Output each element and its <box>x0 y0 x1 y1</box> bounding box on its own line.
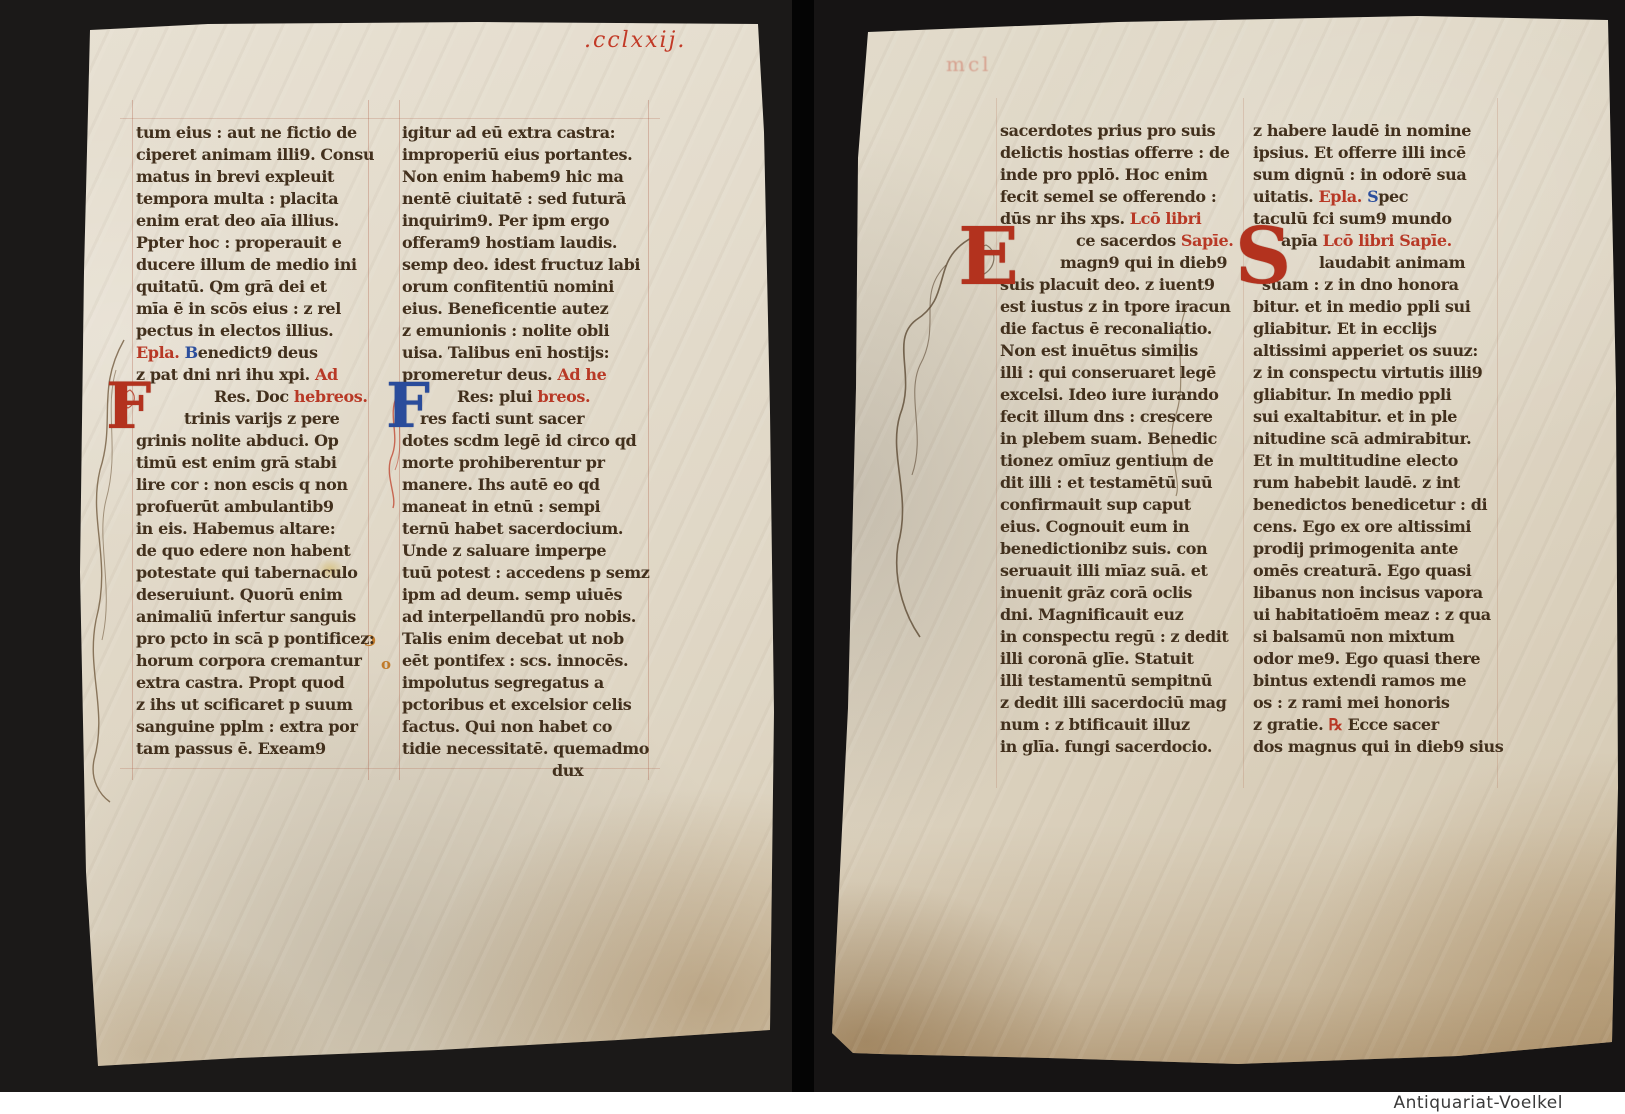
text-column-verso-a: Ftum eius : aut ne fictio deciperet anim… <box>136 122 372 760</box>
manuscript-line: uisa. Talibus enī hostijs: <box>402 342 648 364</box>
illuminated-initial: F <box>106 380 151 434</box>
manuscript-photo: .cclxxij. mcl Ɔ o Ftum eius : aut ne fic… <box>0 0 1625 1114</box>
manuscript-line: eēt pontifex : scs. innocēs. <box>402 650 648 672</box>
manuscript-line: maneat in etnū : sempi <box>402 496 648 518</box>
manuscript-line: dūs nr ihs xps. Lcō libri <box>1000 208 1240 230</box>
manuscript-line: inuenit grāz corā oclis <box>1000 582 1240 604</box>
ruling-line <box>648 100 649 780</box>
manuscript-line: Res: plui breos. <box>402 386 648 408</box>
manuscript-line: nentē ciuitatē : sed futurā <box>402 188 648 210</box>
manuscript-line: si balsamū non mixtum <box>1253 626 1493 648</box>
watermark-text: Antiquariat-Voelkel <box>1393 1093 1563 1113</box>
manuscript-line: timū est enim grā stabi <box>136 452 372 474</box>
manuscript-line: z gratie. ℞ Ecce sacer <box>1253 714 1493 736</box>
illuminated-initial: S <box>1235 224 1291 290</box>
manuscript-line: horum corpora cremantur <box>136 650 372 672</box>
manuscript-line: trinis varijs z pere <box>136 408 372 430</box>
manuscript-line: offeram9 hostiam laudis. <box>402 232 648 254</box>
manuscript-line: fecit illum dns : crescere <box>1000 406 1240 428</box>
text-column-recto-a: Esacerdotes prius pro suisdelictis hosti… <box>1000 120 1240 758</box>
manuscript-line: est iustus z in tpore iracun <box>1000 296 1240 318</box>
manuscript-line: ducere illum de medio ini <box>136 254 372 276</box>
manuscript-line: benedictos benedicetur : di <box>1253 494 1493 516</box>
manuscript-line: in conspectu regū : z dedit <box>1000 626 1240 648</box>
manuscript-line: de quo edere non habent <box>136 540 372 562</box>
ruling-line <box>120 118 660 119</box>
manuscript-line: sacerdotes prius pro suis <box>1000 120 1240 142</box>
illuminated-initial: F <box>386 380 430 433</box>
manuscript-line: improperiū eius portantes. <box>402 144 648 166</box>
manuscript-line: odor me9. Ego quasi there <box>1253 648 1493 670</box>
manuscript-line: dux <box>402 760 648 782</box>
manuscript-line: sui exaltabitur. et in ple <box>1253 406 1493 428</box>
manuscript-line: Unde z saluare imperpe <box>402 540 648 562</box>
manuscript-line: deseruiunt. Quorū enim <box>136 584 372 606</box>
manuscript-line: eius. Beneficentie autez <box>402 298 648 320</box>
manuscript-line: seruauit illi mīaz suā. et <box>1000 560 1240 582</box>
manuscript-line: grinis nolite abduci. Op <box>136 430 372 452</box>
manuscript-line: tum eius : aut ne fictio de <box>136 122 372 144</box>
ruling-line <box>1243 98 1244 788</box>
manuscript-line: altissimi apperiet os suuz: <box>1253 340 1493 362</box>
manuscript-line: Non enim habem9 hic ma <box>402 166 648 188</box>
manuscript-line: factus. Qui non habet co <box>402 716 648 738</box>
manuscript-line: nitudine scā admirabitur. <box>1253 428 1493 450</box>
manuscript-line: Et in multitudine electo <box>1253 450 1493 472</box>
manuscript-line: animaliū infertur sanguis <box>136 606 372 628</box>
manuscript-line: ad interpellandū pro nobis. <box>402 606 648 628</box>
watermark-bar: Antiquariat-Voelkel <box>0 1092 1625 1114</box>
manuscript-line: confirmauit sup caput <box>1000 494 1240 516</box>
manuscript-line: inquirim9. Per ipm ergo <box>402 210 648 232</box>
manuscript-line: ciperet animam illi9. Consu <box>136 144 372 166</box>
manuscript-line: ipm ad deum. semp uiuēs <box>402 584 648 606</box>
manuscript-line: pro pcto in scā p pontificez: <box>136 628 372 650</box>
manuscript-line: Epla. Benedict9 deus <box>136 342 372 364</box>
manuscript-line: z dedit illi sacerdociū mag <box>1000 692 1240 714</box>
manuscript-line: eius. Cognouit eum in <box>1000 516 1240 538</box>
manuscript-line: mīa ē in scōs eius : z rel <box>136 298 372 320</box>
manuscript-line: gliabitur. In medio ppli <box>1253 384 1493 406</box>
manuscript-line: suis placuit deo. z iuent9 <box>1000 274 1240 296</box>
manuscript-line: fecit semel se offerendo : <box>1000 186 1240 208</box>
manuscript-line: bintus extendi ramos me <box>1253 670 1493 692</box>
manuscript-line: num : z btificauit illuz <box>1000 714 1240 736</box>
manuscript-line: Non est inuētus similis <box>1000 340 1240 362</box>
manuscript-line: in plebem suam. Benedic <box>1000 428 1240 450</box>
manuscript-line: os : z rami mei honoris <box>1253 692 1493 714</box>
manuscript-line: tempora multa : placita <box>136 188 372 210</box>
ruling-line <box>996 98 997 788</box>
manuscript-line: omēs creaturā. Ego quasi <box>1253 560 1493 582</box>
manuscript-line: sum dignū : in odorē sua <box>1253 164 1493 186</box>
manuscript-line: dit illi : et testamētū suū <box>1000 472 1240 494</box>
manuscript-line: promeretur deus. Ad he <box>402 364 648 386</box>
manuscript-line: quitatū. Qm grā dei et <box>136 276 372 298</box>
manuscript-line: tidie necessitatē. quemadmo <box>402 738 648 760</box>
manuscript-line: manere. Ihs autē eo qd <box>402 474 648 496</box>
manuscript-line: Ppter hoc : properauit e <box>136 232 372 254</box>
manuscript-line: impolutus segregatus a <box>402 672 648 694</box>
manuscript-line: igitur ad eū extra castra: <box>402 122 648 144</box>
manuscript-line: ipsius. Et offerre illi incē <box>1253 142 1493 164</box>
manuscript-line: tam passus ē. Exeam9 <box>136 738 372 760</box>
manuscript-line: gliabitur. Et in ecclijs <box>1253 318 1493 340</box>
manuscript-line: potestate qui tabernaculo <box>136 562 372 584</box>
manuscript-line: orum confitentiū nomini <box>402 276 648 298</box>
illuminated-initial: E <box>958 222 1019 290</box>
manuscript-line: res facti sunt sacer <box>402 408 648 430</box>
manuscript-line: rum habebit laudē. z int <box>1253 472 1493 494</box>
ruling-line <box>1497 98 1498 788</box>
folio-number: .cclxxij. <box>584 28 686 53</box>
manuscript-line: ui habitatioēm meaz : z qua <box>1253 604 1493 626</box>
manuscript-line: z ihs ut scificaret p suum <box>136 694 372 716</box>
manuscript-line: in glīa. fungi sacerdocio. <box>1000 736 1240 758</box>
manuscript-line: inde pro pplō. Hoc enim <box>1000 164 1240 186</box>
manuscript-line: illi testamentū sempitnū <box>1000 670 1240 692</box>
manuscript-line: profuerūt ambulantib9 <box>136 496 372 518</box>
manuscript-line: matus in brevi expleuit <box>136 166 372 188</box>
manuscript-line: tuū potest : accedens p semz <box>402 562 648 584</box>
manuscript-line: libanus non incisus vapora <box>1253 582 1493 604</box>
manuscript-line: z emunionis : nolite obli <box>402 320 648 342</box>
manuscript-line: dotes scdm legē id circo qd <box>402 430 648 452</box>
photo-divider <box>792 0 814 1092</box>
manuscript-line: pctoribus et excelsior celis <box>402 694 648 716</box>
manuscript-line: extra castra. Propt quod <box>136 672 372 694</box>
manuscript-line: pectus in electos illius. <box>136 320 372 342</box>
manuscript-line: z pat dni nri ihu xpi. Ad <box>136 364 372 386</box>
manuscript-line: Talis enim decebat ut nob <box>402 628 648 650</box>
manuscript-line: benedictionibz suis. con <box>1000 538 1240 560</box>
manuscript-line: cens. Ego ex ore altissimi <box>1253 516 1493 538</box>
text-column-recto-b: Sz habere laudē in nomineipsius. Et offe… <box>1253 120 1493 758</box>
manuscript-line: die factus ē reconaliatio. <box>1000 318 1240 340</box>
manuscript-line: morte prohiberentur pr <box>402 452 648 474</box>
manuscript-line: ternū habet sacerdocium. <box>402 518 648 540</box>
manuscript-line: Res. Doc hebreos. <box>136 386 372 408</box>
manuscript-line: prodij primogenita ante <box>1253 538 1493 560</box>
manuscript-line: illi : qui conseruaret legē <box>1000 362 1240 384</box>
manuscript-line: z habere laudē in nomine <box>1253 120 1493 142</box>
manuscript-line: tionez omīuz gentium de <box>1000 450 1240 472</box>
manuscript-line: delictis hostias offerre : de <box>1000 142 1240 164</box>
manuscript-line: sanguine pplm : extra por <box>136 716 372 738</box>
manuscript-line: uitatis. Epla. Spec <box>1253 186 1493 208</box>
manuscript-line: illi coronā glīe. Statuit <box>1000 648 1240 670</box>
manuscript-line: semp deo. idest fructuz labi <box>402 254 648 276</box>
manuscript-line: enim erat deo aīa illius. <box>136 210 372 232</box>
manuscript-line: z in conspectu virtutis illi9 <box>1253 362 1493 384</box>
manuscript-line: magn9 qui in dieb9 <box>1000 252 1240 274</box>
manuscript-line: dos magnus qui in dieb9 sius <box>1253 736 1493 758</box>
text-column-verso-b: Figitur ad eū extra castra:improperiū ei… <box>402 122 648 782</box>
manuscript-line: lire cor : non escis q non <box>136 474 372 496</box>
manuscript-line: dni. Magnificauit euz <box>1000 604 1240 626</box>
manuscript-line: excelsi. Ideo iure iurando <box>1000 384 1240 406</box>
ink-offset-mark: mcl <box>946 52 992 76</box>
margin-mark: o <box>381 655 391 673</box>
manuscript-line: ce sacerdos Sapīe. <box>1000 230 1240 252</box>
manuscript-line: in eis. Habemus altare: <box>136 518 372 540</box>
